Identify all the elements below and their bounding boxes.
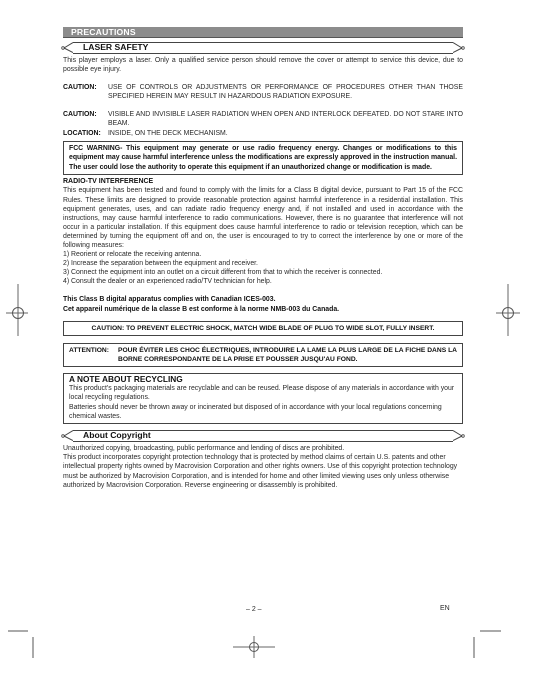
left-bracket-icon xyxy=(61,42,73,53)
radio-tv-title: RADIO-TV INTERFERENCE xyxy=(63,177,463,186)
list-item: 3) Connect the equipment into an outlet … xyxy=(63,268,463,277)
attention-text: POUR ÉVITER LES CHOC ÉLECTRIQUES, INTROD… xyxy=(118,346,457,364)
crop-mark-bottom-right-icon xyxy=(470,628,510,660)
copyright-p1: Unauthorized copying, broadcasting, publ… xyxy=(63,444,463,453)
attention-key: ATTENTION: xyxy=(69,346,118,364)
recycling-p1: This product's packaging materials are r… xyxy=(69,384,457,402)
recycling-p2: Batteries should never be thrown away or… xyxy=(69,403,457,421)
copyright-title: About Copyright xyxy=(83,430,151,441)
list-item: 2) Increase the separation between the e… xyxy=(63,259,463,268)
location-row: LOCATION: INSIDE, ON THE DECK MECHANISM. xyxy=(63,129,463,138)
right-bracket-icon xyxy=(453,430,465,441)
language-code: EN xyxy=(440,605,450,612)
document-page: PRECAUTIONS LASER SAFETY This player emp… xyxy=(63,27,463,490)
laser-safety-header: LASER SAFETY xyxy=(63,42,463,53)
registration-mark-right-icon xyxy=(490,280,530,340)
list-item: 1) Reorient or relocate the receiving an… xyxy=(63,250,463,259)
recycling-box: A NOTE ABOUT RECYCLING This product's pa… xyxy=(63,373,463,424)
laser-intro: This player employs a laser. Only a qual… xyxy=(63,56,463,74)
canada-compliance-en: This Class B digital apparatus complies … xyxy=(63,295,463,304)
caution-1: CAUTION: USE OF CONTROLS OR ADJUSTMENTS … xyxy=(63,83,463,101)
fcc-warning-box: FCC WARNING- This equipment may generate… xyxy=(63,141,463,176)
canada-compliance-fr: Cet appareil numérique de la classe B es… xyxy=(63,305,463,314)
registration-mark-left-icon xyxy=(0,280,40,340)
section-title-bar: PRECAUTIONS xyxy=(63,27,463,38)
list-item: 4) Consult the dealer or an experienced … xyxy=(63,277,463,286)
copyright-header: About Copyright xyxy=(63,430,463,441)
right-bracket-icon xyxy=(453,42,465,53)
fcc-warning-text: FCC WARNING- This equipment may generate… xyxy=(69,144,457,173)
page-number: – 2 – xyxy=(246,606,262,613)
recycling-title: A NOTE ABOUT RECYCLING xyxy=(69,375,457,384)
copyright-p2: This product incorporates copyright prot… xyxy=(63,453,463,489)
caution-2: CAUTION: VISIBLE AND INVISIBLE LASER RAD… xyxy=(63,110,463,128)
registration-mark-bottom-icon xyxy=(230,630,280,660)
measures-list: 1) Reorient or relocate the receiving an… xyxy=(63,250,463,286)
crop-mark-bottom-left-icon xyxy=(5,628,35,660)
radio-tv-body: This equipment has been tested and found… xyxy=(63,186,463,250)
laser-safety-title: LASER SAFETY xyxy=(83,42,148,53)
left-bracket-icon xyxy=(61,430,73,441)
plug-caution-box: CAUTION: TO PREVENT ELECTRIC SHOCK, MATC… xyxy=(63,321,463,336)
attention-box: ATTENTION: POUR ÉVITER LES CHOC ÉLECTRIQ… xyxy=(63,343,463,367)
plug-caution-text: CAUTION: TO PREVENT ELECTRIC SHOCK, MATC… xyxy=(92,325,435,332)
